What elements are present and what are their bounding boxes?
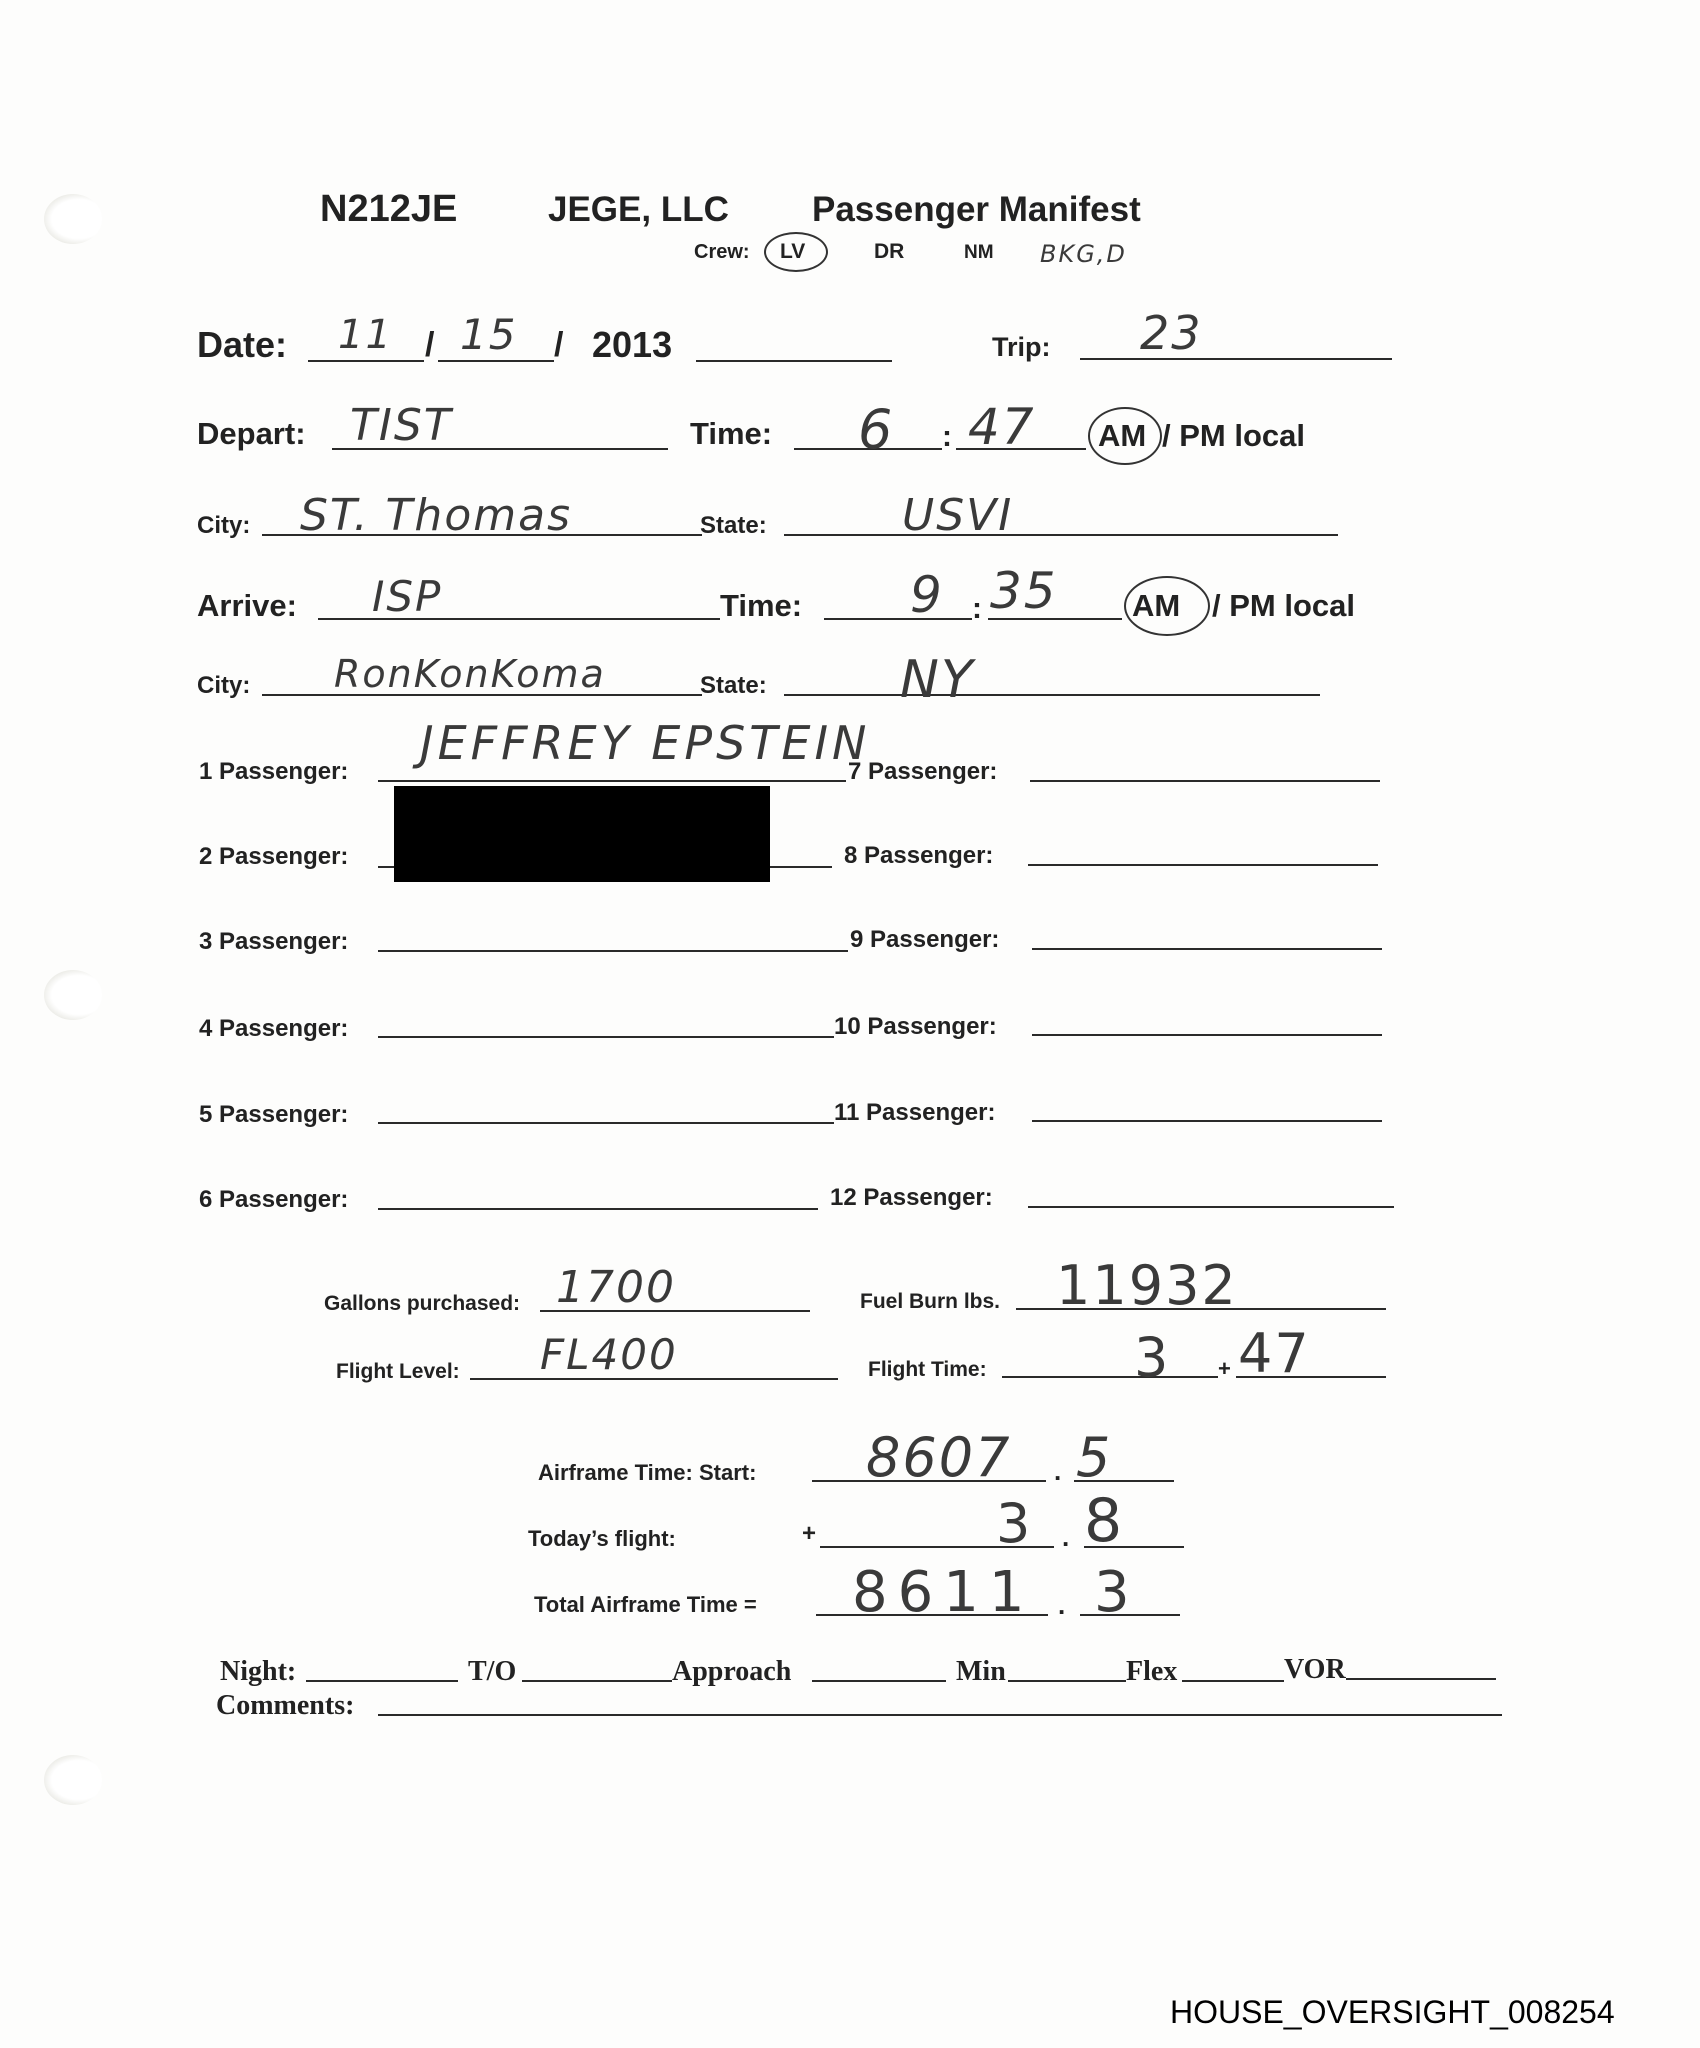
flex-line[interactable]: [1182, 1680, 1284, 1682]
passenger-line[interactable]: [378, 1036, 834, 1038]
depart-minute[interactable]: 47: [968, 398, 1036, 456]
date-separator: /: [425, 326, 434, 365]
date-year-line: [696, 360, 892, 362]
passenger-line[interactable]: [378, 1122, 834, 1124]
depart-city[interactable]: ST. Thomas: [300, 490, 572, 541]
date-day-line: [438, 360, 554, 362]
passenger-line[interactable]: [1032, 948, 1382, 950]
depart-airport[interactable]: TIST: [350, 400, 453, 451]
takeoff-line[interactable]: [522, 1680, 672, 1682]
today-flight-dec[interactable]: 8: [1084, 1486, 1124, 1556]
passenger-label: 5 Passenger:: [199, 1101, 348, 1129]
trip-value[interactable]: 23: [1140, 306, 1203, 360]
crew-option-nm[interactable]: NM: [964, 242, 994, 264]
passenger-line[interactable]: [1032, 1120, 1382, 1122]
arrive-pm[interactable]: / PM local: [1212, 588, 1355, 624]
crew-option-dr[interactable]: DR: [874, 240, 904, 264]
passenger-label: 2 Passenger:: [199, 843, 348, 871]
decimal-point: .: [1062, 1522, 1069, 1553]
takeoff-label: T/O: [468, 1656, 516, 1688]
night-line[interactable]: [306, 1680, 458, 1682]
flight-level-value[interactable]: FL400: [540, 1330, 678, 1379]
arrive-time-label: Time:: [720, 588, 802, 624]
decimal-point: .: [1058, 1590, 1065, 1621]
plus-sign: +: [802, 1520, 816, 1548]
arrive-minute[interactable]: 35: [990, 562, 1058, 620]
date-label: Date:: [197, 324, 287, 366]
total-airframe-label: Total Airframe Time =: [534, 1592, 757, 1618]
passenger-1-name[interactable]: JEFFREY EPSTEIN: [420, 716, 870, 770]
passenger-label: 9 Passenger:: [850, 926, 999, 954]
date-year: 2013: [592, 324, 672, 366]
selection-circle-icon: [1124, 576, 1210, 636]
passenger-line[interactable]: [1032, 1034, 1382, 1036]
time-colon: :: [942, 420, 952, 454]
binder-hole-icon: [44, 970, 102, 1020]
arrive-city[interactable]: RonKonKoma: [334, 652, 606, 696]
comments-line[interactable]: [378, 1714, 1502, 1716]
depart-state-line: [784, 534, 1338, 536]
depart-pm[interactable]: / PM local: [1162, 418, 1305, 454]
arrive-label: Arrive:: [197, 588, 297, 624]
comments-label: Comments:: [216, 1690, 354, 1722]
flight-minutes[interactable]: 47: [1238, 1322, 1311, 1385]
date-day[interactable]: 15: [460, 310, 517, 359]
passenger-line[interactable]: [1030, 780, 1380, 782]
time-colon: :: [972, 592, 982, 626]
passenger-line[interactable]: [1028, 864, 1378, 866]
flex-label: Flex: [1126, 1656, 1177, 1688]
flight-hours-line: [1002, 1376, 1218, 1378]
binder-hole-icon: [44, 1755, 102, 1805]
passenger-label: 11 Passenger:: [834, 1099, 995, 1127]
arrive-state-label: State:: [700, 672, 767, 700]
plus-sign: +: [1218, 1356, 1231, 1382]
depart-label: Depart:: [197, 416, 306, 452]
total-airframe-whole[interactable]: 8611: [852, 1560, 1035, 1625]
depart-state[interactable]: USVI: [902, 490, 1013, 541]
arrive-state-line: [784, 694, 1320, 696]
arrive-hour[interactable]: 9: [910, 566, 944, 624]
depart-city-label: City:: [197, 512, 250, 540]
company-name: JEGE, LLC: [548, 190, 729, 230]
trip-label: Trip:: [992, 332, 1051, 363]
approach-line[interactable]: [812, 1680, 946, 1682]
passenger-line[interactable]: [378, 950, 848, 952]
arrive-state[interactable]: NY: [900, 650, 975, 710]
trip-line: [1080, 358, 1392, 360]
arrive-hour-line: [824, 618, 972, 620]
passenger-label: 8 Passenger:: [844, 842, 993, 870]
total-airframe-dec[interactable]: 3: [1094, 1560, 1132, 1625]
passenger-label: 10 Passenger:: [834, 1013, 997, 1041]
today-flight-label: Today’s flight:: [528, 1526, 676, 1552]
approach-label: Approach: [672, 1656, 791, 1688]
flight-hours[interactable]: 3: [1134, 1326, 1170, 1389]
depart-state-label: State:: [700, 512, 767, 540]
binder-hole-icon: [44, 194, 102, 244]
night-label: Night:: [220, 1656, 296, 1688]
airframe-start-dec[interactable]: 5: [1076, 1426, 1112, 1489]
passenger-label: 4 Passenger:: [199, 1015, 348, 1043]
decimal-point: .: [1054, 1456, 1061, 1487]
selection-circle-icon: [1088, 407, 1162, 465]
today-flight-whole[interactable]: 3: [996, 1492, 1032, 1555]
depart-hour[interactable]: 6: [858, 398, 894, 461]
flight-level-label: Flight Level:: [336, 1360, 460, 1384]
min-line[interactable]: [1008, 1680, 1126, 1682]
passenger-line[interactable]: [1028, 1206, 1394, 1208]
flight-time-label: Flight Time:: [868, 1358, 987, 1382]
date-month[interactable]: 11: [338, 312, 393, 358]
passenger-line[interactable]: [378, 1208, 818, 1210]
crew-label: Crew:: [694, 241, 750, 264]
gallons-label: Gallons purchased:: [324, 1292, 520, 1316]
fuel-burn-value[interactable]: 11932: [1056, 1254, 1238, 1317]
date-separator: /: [554, 326, 563, 365]
depart-time-label: Time:: [690, 416, 772, 452]
passenger-line: [378, 780, 846, 782]
vor-line[interactable]: [1346, 1678, 1496, 1680]
passenger-label: 3 Passenger:: [199, 928, 348, 956]
tail-number: N212JE: [320, 188, 457, 231]
min-label: Min: [956, 1656, 1006, 1688]
passenger-label: 6 Passenger:: [199, 1186, 348, 1214]
arrive-airport[interactable]: ISP: [372, 572, 442, 621]
vor-label: VOR: [1284, 1654, 1346, 1686]
passenger-label: 1 Passenger:: [199, 758, 348, 786]
passenger-label: 7 Passenger:: [848, 758, 997, 786]
airframe-start-label: Airframe Time: Start:: [538, 1460, 756, 1486]
passenger-label: 12 Passenger:: [830, 1184, 993, 1212]
arrive-city-label: City:: [197, 672, 250, 700]
page-title: Passenger Manifest: [812, 190, 1141, 230]
date-month-line: [308, 360, 424, 362]
bates-number: HOUSE_OVERSIGHT_008254: [1170, 1994, 1615, 2031]
selection-circle-icon: [764, 232, 828, 272]
crew-handwritten: BKG,D: [1040, 240, 1127, 268]
redaction-block: [394, 786, 770, 882]
fuel-burn-label: Fuel Burn lbs.: [860, 1290, 1000, 1314]
airframe-start-whole[interactable]: 8607: [866, 1426, 1011, 1489]
gallons-value[interactable]: 1700: [556, 1262, 676, 1313]
